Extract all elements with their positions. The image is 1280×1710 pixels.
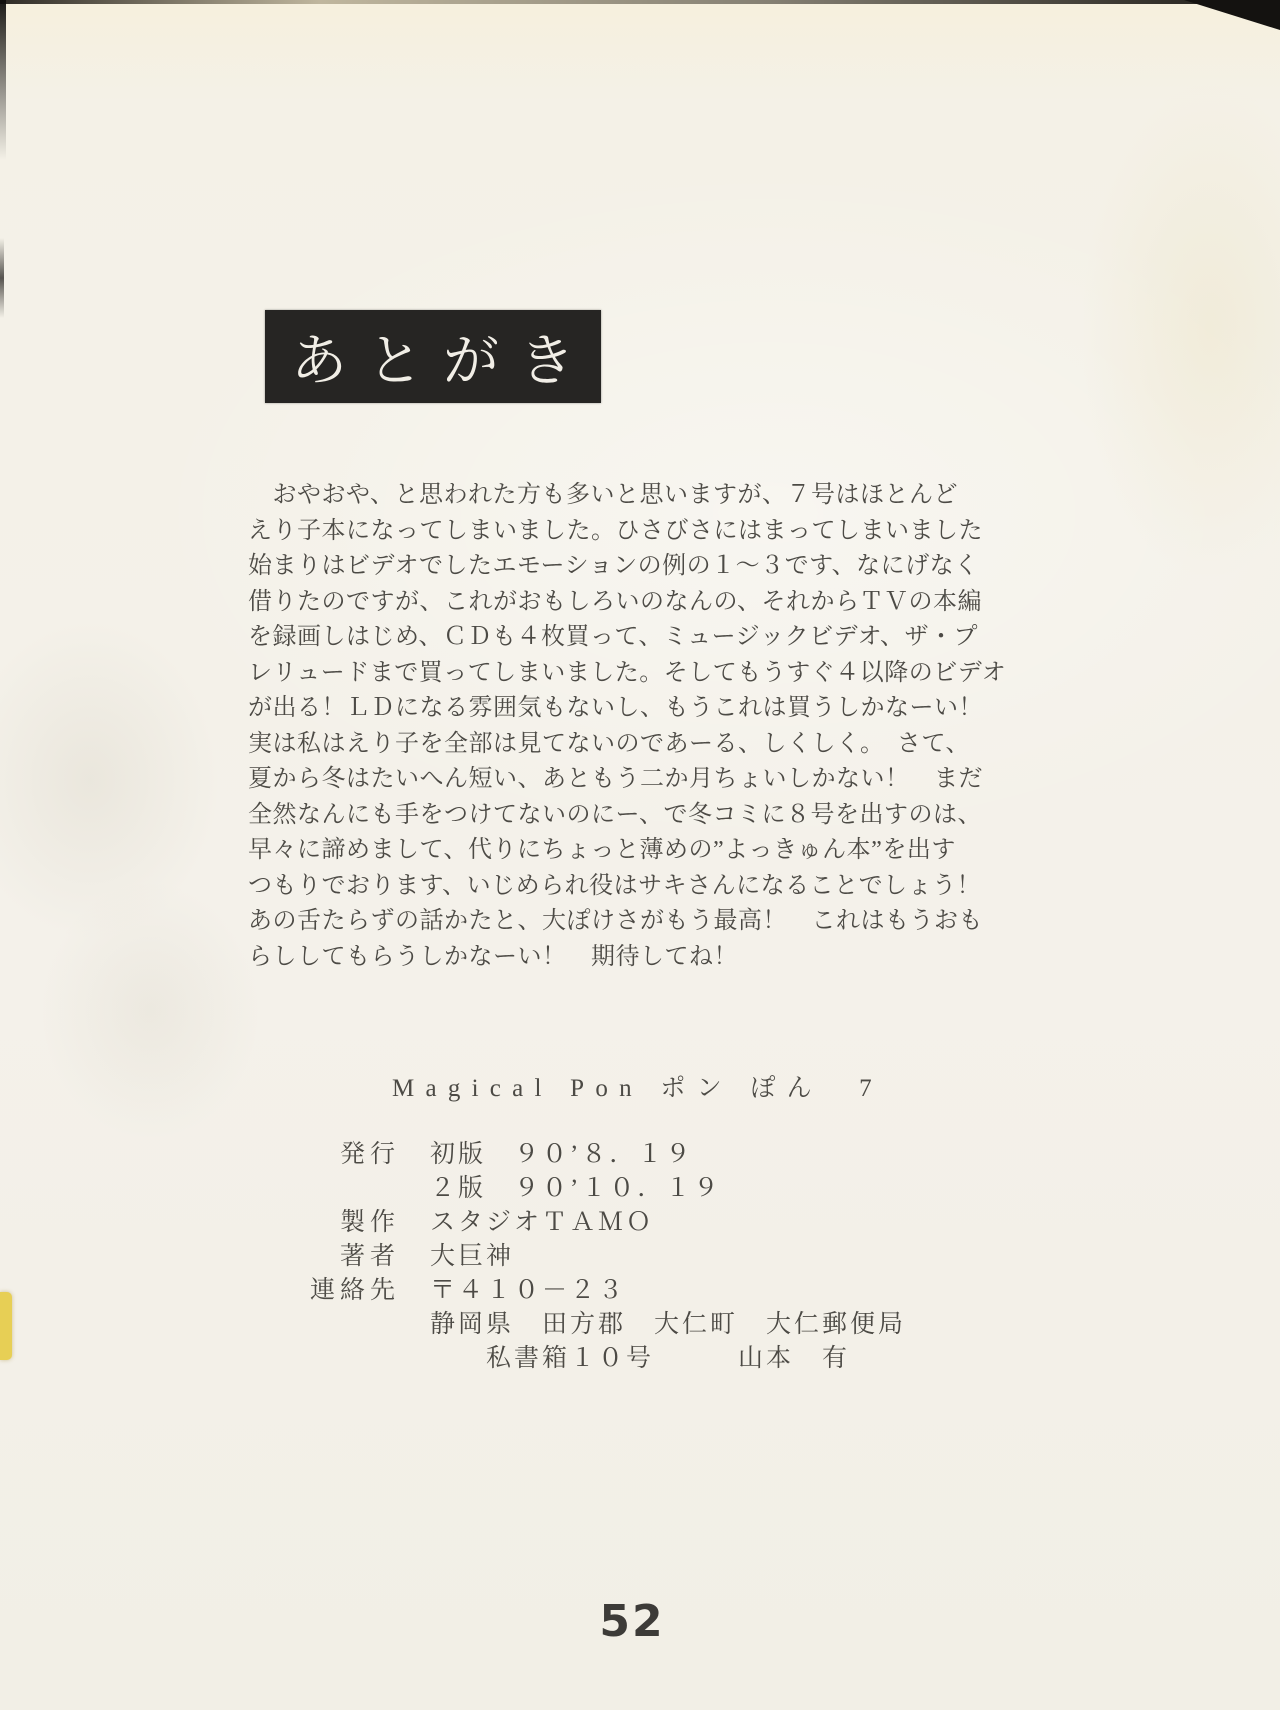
colophon-row: 発行 初版 ９０’８．１９: [270, 1138, 1010, 1172]
colophon-label: [270, 1172, 400, 1206]
colophon-value: 私書箱１０号 山本 有: [430, 1342, 850, 1376]
afterword-line: 全然なんにも手をつけてないのにー、で冬コミに８号を出すのは、: [248, 798, 1008, 834]
afterword-line: あの舌たらずの話かたと、大ぽけさがもう最高！ これはもうおも: [248, 904, 1008, 940]
colophon-label: 発行: [270, 1138, 400, 1172]
afterword-line: えり子本になってしまいました。ひさびさにはまってしまいました: [248, 514, 1008, 550]
colophon-label: [270, 1342, 400, 1376]
afterword-title: あとがき: [291, 317, 595, 397]
colophon-row: 著者 大巨神: [270, 1240, 1010, 1274]
paper-stain: [40, 880, 260, 1140]
afterword-line: を録画しはじめ、ＣＤも４枚買って、ミュージックビデオ、ザ・プ: [248, 620, 1008, 656]
colophon-row: ２版 ９０’１０．１９: [270, 1172, 1010, 1206]
page-tab: [0, 1292, 12, 1360]
colophon-label: [270, 1308, 400, 1342]
colophon-row: 製作 スタジオＴＡＭＯ: [270, 1206, 1010, 1240]
colophon-label: 製作: [270, 1206, 400, 1240]
afterword-line: らししてもらうしかなーい！ 期待してね！: [248, 940, 1008, 976]
colophon-value: 大巨神: [430, 1240, 514, 1274]
paper-stain: [0, 620, 220, 940]
afterword-line: が出る！ＬＤになる雰囲気もないし、もうこれは買うしかなーい！: [248, 691, 1008, 727]
afterword-line: つもりでおります、いじめられ役はサキさんになることでしょう！: [248, 869, 1008, 905]
book-title: Magical Pon ポン ぽん 7: [392, 1068, 883, 1104]
paper-stain: [1080, 80, 1280, 580]
afterword-line: おやおや、と思われた方も多いと思いますが、７号はほとんど: [248, 478, 1008, 514]
afterword-line: 夏から冬はたいへん短い、あともう二か月ちょいしかない！ まだ: [248, 762, 1008, 798]
colophon-label: 著者: [270, 1240, 400, 1274]
colophon-label: 連絡先: [270, 1274, 400, 1308]
scan-artifact-left-edge: [0, 0, 6, 160]
colophon-value: 初版 ９０’８．１９: [430, 1138, 693, 1172]
afterword-line: 早々に諦めまして、代りにちょっと薄めの”よっきゅん本”を出す: [248, 833, 1008, 869]
scan-artifact-corner: [1184, 0, 1280, 30]
colophon-value: スタジオＴＡＭＯ: [430, 1206, 654, 1240]
colophon-value: ２版 ９０’１０．１９: [430, 1172, 721, 1206]
afterword-line: レリュードまで買ってしまいました。そしてもうすぐ４以降のビデオ: [248, 656, 1008, 692]
afterword-line: 実は私はえり子を全部は見てないのであーる、しくしく。 さて、: [248, 727, 1008, 763]
page-number: 52: [552, 1596, 712, 1647]
colophon-row: 私書箱１０号 山本 有: [270, 1342, 1010, 1376]
colophon-row: 連絡先 〒４１０－２３: [270, 1274, 1010, 1308]
afterword-title-banner: あとがき: [265, 310, 601, 403]
afterword-body: おやおや、と思われた方も多いと思いますが、７号はほとんど えり子本になってしまい…: [248, 478, 1008, 975]
afterword-line: 始まりはビデオでしたエモーションの例の１～３です、なにげなく: [248, 549, 1008, 585]
colophon-value: 〒４１０－２３: [430, 1274, 626, 1308]
colophon-row: 静岡県 田方郡 大仁町 大仁郵便局: [270, 1308, 1010, 1342]
scanned-page: あとがき おやおや、と思われた方も多いと思いますが、７号はほとんど えり子本にな…: [0, 0, 1280, 1710]
afterword-line: 借りたのですが、これがおもしろいのなんの、それからＴＶの本編: [248, 585, 1008, 621]
scan-artifact-left-edge: [0, 238, 4, 318]
scan-artifact-top-edge: [0, 0, 1280, 4]
colophon-value: 静岡県 田方郡 大仁町 大仁郵便局: [430, 1308, 906, 1342]
colophon: 発行 初版 ９０’８．１９ ２版 ９０’１０．１９ 製作 スタジオＴＡＭＯ 著者…: [270, 1138, 1010, 1376]
